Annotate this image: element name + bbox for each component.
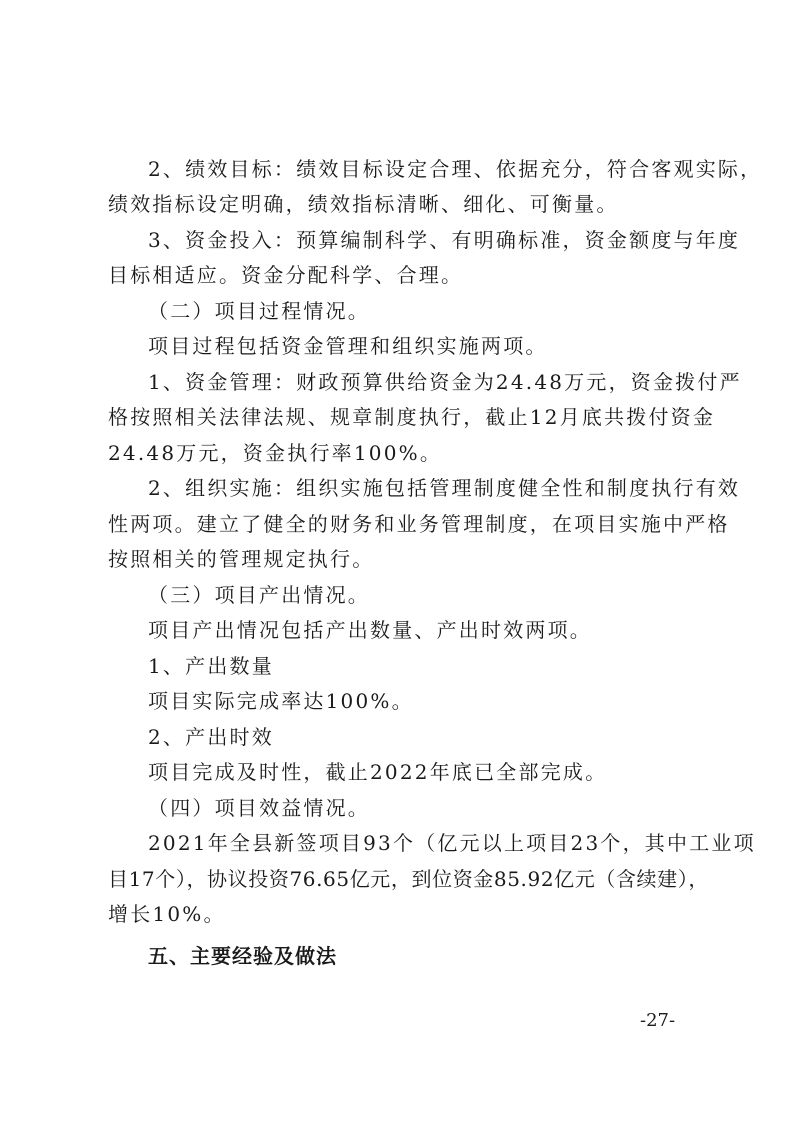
paragraph-line: 2、组织实施：组织实施包括管理制度健全性和制度执行有效 <box>148 474 698 502</box>
subsection-heading: （四）项目效益情况。 <box>148 794 698 822</box>
paragraph-line: 项目完成及时性，截止2022年底已全部完成。 <box>148 758 698 786</box>
paragraph-line: 3、资金投入：预算编制科学、有明确标准，资金额度与年度 <box>148 226 698 254</box>
paragraph-line: 2、产出时效 <box>148 723 698 751</box>
section-heading: 五、主要经验及做法 <box>148 942 698 970</box>
paragraph-line: 1、产出数量 <box>148 652 698 680</box>
subsection-heading: （二）项目过程情况。 <box>148 297 698 325</box>
paragraph-line: 项目产出情况包括产出数量、产出时效两项。 <box>148 616 698 644</box>
paragraph-line: 性两项。建立了健全的财务和业务管理制度，在项目实施中严格 <box>108 510 698 538</box>
page-number: -27- <box>640 1010 675 1031</box>
paragraph-line: 目17个），协议投资76.65亿元，到位资金85.92亿元（含续建）， <box>108 865 698 893</box>
paragraph-line: 绩效指标设定明确，绩效指标清晰、细化、可衡量。 <box>108 190 698 218</box>
subsection-heading: （三）项目产出情况。 <box>148 581 698 609</box>
paragraph-line: 2021年全县新签项目93个（亿元以上项目23个，其中工业项 <box>148 829 698 857</box>
paragraph-line: 24.48万元，资金执行率100%。 <box>108 439 698 467</box>
paragraph-line: 项目过程包括资金管理和组织实施两项。 <box>148 332 698 360</box>
paragraph-line: 按照相关的管理规定执行。 <box>108 545 698 573</box>
paragraph-line: 1、资金管理：财政预算供给资金为24.48万元，资金拨付严 <box>148 368 698 396</box>
paragraph-line: 格按照相关法律法规、规章制度执行，截止12月底共拨付资金 <box>108 403 698 431</box>
document-page: 2、绩效目标：绩效目标设定合理、依据充分，符合客观实际， 绩效指标设定明确，绩效… <box>0 0 793 1122</box>
paragraph-line: 增长10%。 <box>108 900 698 928</box>
paragraph-line: 目标相适应。资金分配科学、合理。 <box>108 261 698 289</box>
paragraph-line: 2、绩效目标：绩效目标设定合理、依据充分，符合客观实际， <box>148 155 698 183</box>
paragraph-line: 项目实际完成率达100%。 <box>148 687 698 715</box>
